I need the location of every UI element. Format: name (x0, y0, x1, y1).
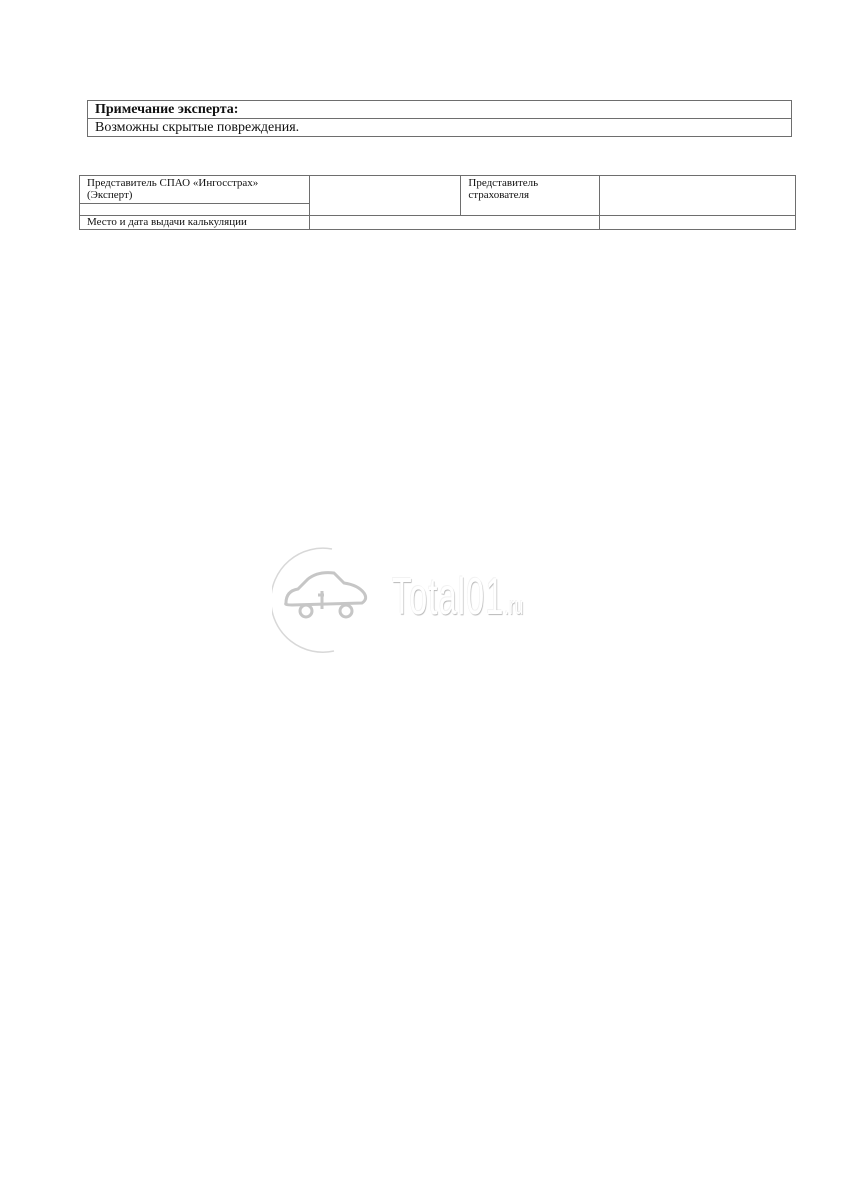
expert-note-text: Возможны скрытые повреждения. (88, 119, 792, 137)
place-date-value (309, 216, 599, 230)
car-logo-icon (272, 545, 382, 655)
watermark: Total01.ru (272, 545, 582, 655)
policyholder-rep-label: Представитель страхователя (461, 176, 599, 216)
signature-table: Представитель СПАО «Ингосстрах» (Эксперт… (79, 175, 796, 230)
insurer-rep-signature (309, 176, 460, 216)
insurer-rep-sub-cell (80, 204, 310, 216)
watermark-brand: Total01 (392, 568, 505, 626)
watermark-tld: .ru (505, 593, 524, 620)
expert-note-table: Примечание эксперта: Возможны скрытые по… (87, 100, 792, 137)
expert-note-heading: Примечание эксперта: (88, 101, 792, 119)
insurer-rep-label: Представитель СПАО «Ингосстрах» (Эксперт… (80, 176, 310, 204)
watermark-text: Total01.ru (392, 567, 524, 627)
place-date-extra (599, 216, 795, 230)
place-date-label: Место и дата выдачи калькуляции (80, 216, 310, 230)
policyholder-rep-signature (599, 176, 795, 216)
